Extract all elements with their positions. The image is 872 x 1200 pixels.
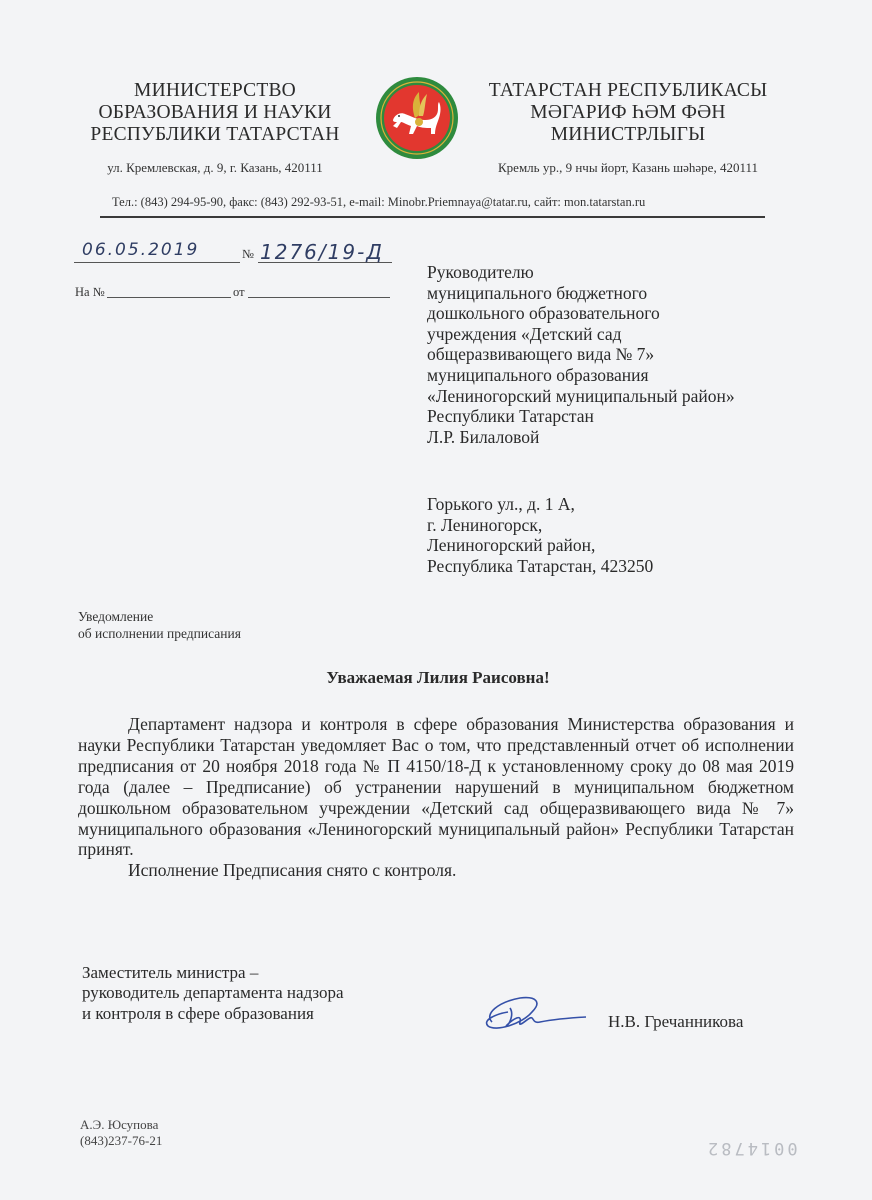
reply-to-label: На №	[75, 285, 105, 300]
subject-block: Уведомление об исполнении предписания	[78, 608, 241, 642]
header-right: ТАТАРСТАН РЕСПУБЛИКАСЫ МӘГАРИФ ҺӘМ ФӘН М…	[478, 80, 778, 176]
signatory-name: Н.В. Гречанникова	[608, 1012, 743, 1032]
executor-name: А.Э. Юсупова	[80, 1117, 162, 1133]
ministry-title-ru: МИНИСТЕРСТВО ОБРАЗОВАНИЯ И НАУКИ РЕСПУБЛ…	[70, 80, 360, 146]
title-line: МӘГАРИФ ҺӘМ ФӘН	[478, 102, 778, 124]
address-line: Республика Татарстан, 423250	[427, 556, 807, 577]
body-paragraph: Исполнение Предписания снято с контроля.	[78, 860, 794, 881]
addressee-line: муниципального бюджетного	[427, 283, 807, 304]
ministry-address-tt: Кремль ур., 9 нчы йорт, Казань шәһәре, 4…	[478, 160, 778, 176]
signatory-title: Заместитель министра – руководитель депа…	[82, 963, 344, 1024]
greeting: Уважаемая Лилия Раисовна!	[78, 668, 798, 688]
addressee-line: Республики Татарстан	[427, 406, 807, 427]
addressee-line: общеразвивающего вида № 7»	[427, 344, 807, 365]
addressee-line: «Лениногорский муниципальный район»	[427, 386, 807, 407]
serial-number: 0014782	[705, 1138, 798, 1158]
subject-line: об исполнении предписания	[78, 625, 241, 642]
reply-to-field	[107, 282, 231, 298]
number-label: №	[242, 247, 254, 262]
address-line: Лениногорский район,	[427, 535, 807, 556]
title-line: ТАТАРСТАН РЕСПУБЛИКАСЫ	[478, 80, 778, 102]
address-line: г. Лениногорск,	[427, 515, 807, 536]
ministry-title-tt: ТАТАРСТАН РЕСПУБЛИКАСЫ МӘГАРИФ ҺӘМ ФӘН М…	[478, 80, 778, 146]
addressee-address: Горького ул., д. 1 А, г. Лениногорск, Ле…	[427, 494, 807, 576]
title-line: РЕСПУБЛИКИ ТАТАРСТАН	[70, 124, 360, 146]
registration-date-field: 06.05.2019	[74, 240, 240, 263]
addressee-line: муниципального образования	[427, 365, 807, 386]
tatarstan-coat-of-arms-icon	[375, 76, 459, 160]
signatory-title-line: и контроля в сфере образования	[82, 1004, 344, 1024]
addressee-block: Руководителю муниципального бюджетного д…	[427, 262, 807, 447]
handwritten-signature-icon	[480, 992, 590, 1040]
addressee-line: Л.Р. Билаловой	[427, 427, 807, 448]
addressee-line: Руководителю	[427, 262, 807, 283]
registration-date: 06.05.2019	[82, 240, 199, 260]
letter-body: Департамент надзора и контроля в сфере о…	[78, 714, 794, 881]
title-line: МИНИСТРЛЫГЫ	[478, 124, 778, 146]
addressee-line: учреждения «Детский сад	[427, 324, 807, 345]
executor-block: А.Э. Юсупова (843)237-76-21	[80, 1117, 162, 1149]
registration-number-field: 1276/19-Д	[258, 240, 392, 263]
title-line: ОБРАЗОВАНИЯ И НАУКИ	[70, 102, 360, 124]
signatory-title-line: руководитель департамента надзора	[82, 983, 344, 1003]
subject-line: Уведомление	[78, 608, 241, 625]
body-paragraph: Департамент надзора и контроля в сфере о…	[78, 714, 794, 860]
title-line: МИНИСТЕРСТВО	[70, 80, 360, 102]
ministry-address-ru: ул. Кремлевская, д. 9, г. Казань, 420111	[70, 160, 360, 176]
executor-phone: (843)237-76-21	[80, 1133, 162, 1149]
header-left: МИНИСТЕРСТВО ОБРАЗОВАНИЯ И НАУКИ РЕСПУБЛ…	[70, 80, 360, 176]
header-divider	[100, 216, 765, 218]
registration-number: 1276/19-Д	[260, 240, 384, 264]
from-field	[248, 282, 390, 298]
signatory-title-line: Заместитель министра –	[82, 963, 344, 983]
from-label: от	[233, 285, 245, 300]
contacts-line: Тел.: (843) 294-95-90, факс: (843) 292-9…	[112, 195, 645, 210]
address-line: Горького ул., д. 1 А,	[427, 494, 807, 515]
addressee-line: дошкольного образовательного	[427, 303, 807, 324]
